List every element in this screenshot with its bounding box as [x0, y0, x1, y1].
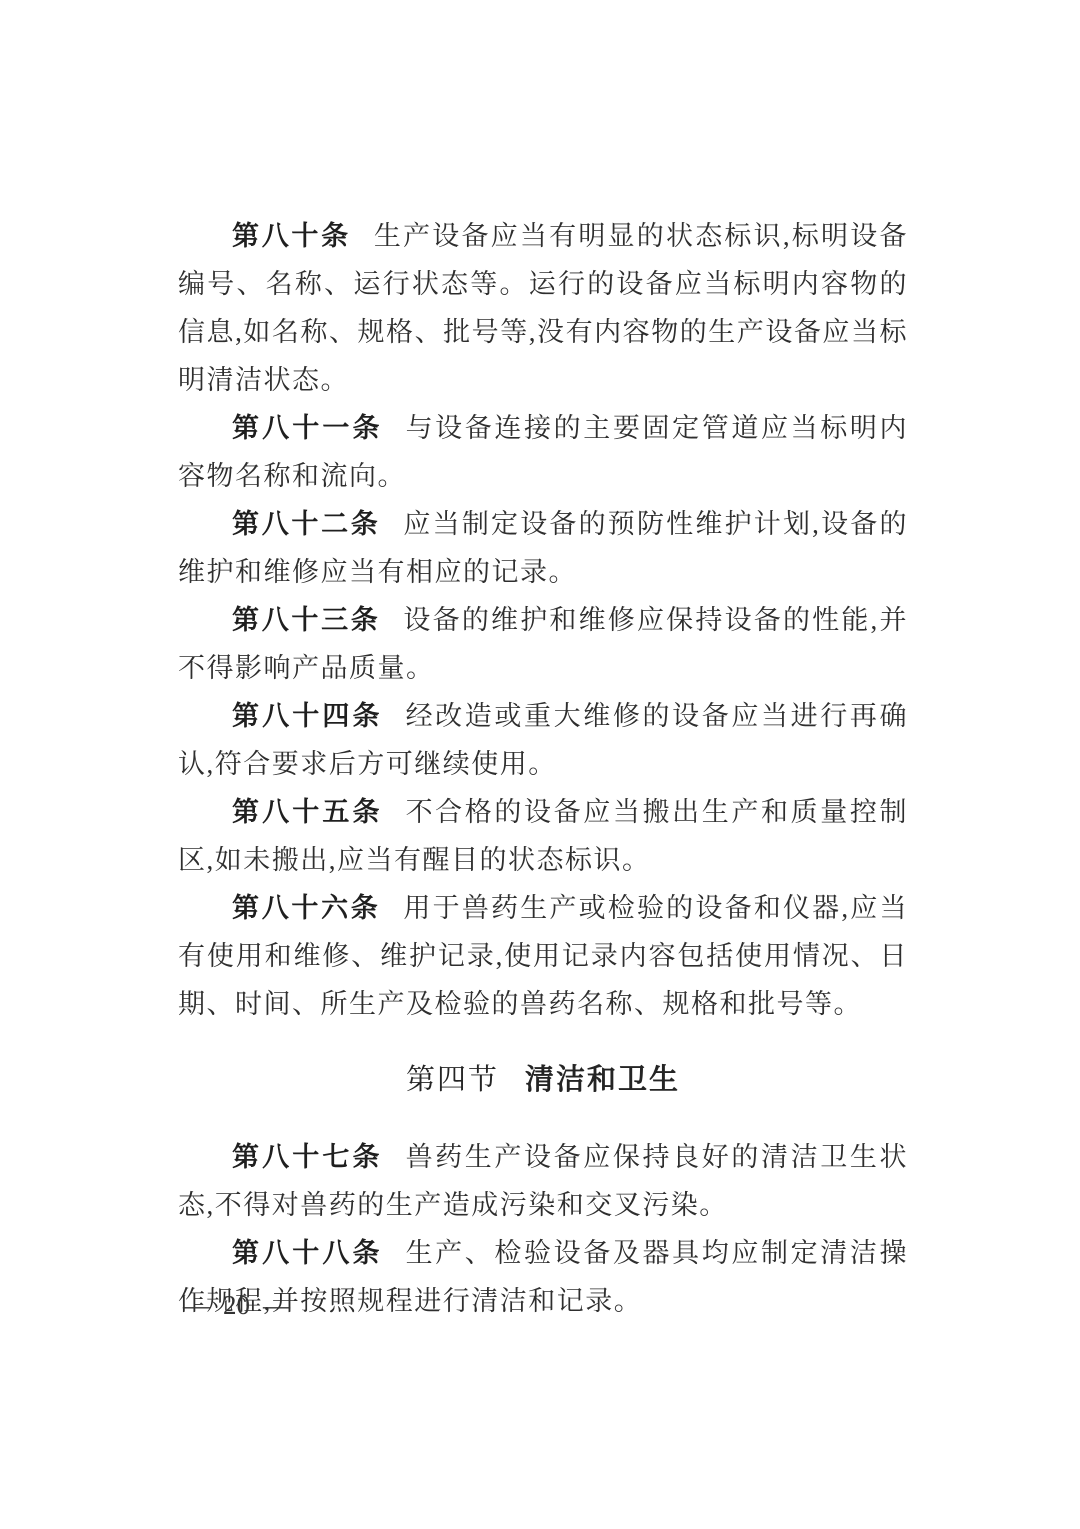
section-number: 第四节 [406, 1064, 499, 1096]
page-body: 第八十条生产设备应当有明显的状态标识,标明设备编号、名称、运行状态等。运行的设备… [178, 212, 908, 1325]
article-86: 第八十六条用于兽药生产或检验的设备和仪器,应当有使用和维修、维护记录,使用记录内… [178, 884, 908, 1028]
section-heading: 第四节清洁和卫生 [178, 1056, 908, 1104]
page-footer: —20— [183, 1288, 290, 1322]
article-80-label: 第八十条 [232, 221, 351, 251]
article-88-label: 第八十八条 [232, 1238, 383, 1268]
article-82-label: 第八十二条 [232, 509, 380, 539]
article-83: 第八十三条设备的维护和维修应保持设备的性能,并不得影响产品质量。 [178, 596, 908, 692]
page-number: 20 [223, 1290, 250, 1320]
article-82: 第八十二条应当制定设备的预防性维护计划,设备的维护和维修应当有相应的记录。 [178, 500, 908, 596]
article-81: 第八十一条与设备连接的主要固定管道应当标明内容物名称和流向。 [178, 404, 908, 500]
article-85-label: 第八十五条 [232, 797, 383, 827]
section-title: 清洁和卫生 [525, 1064, 680, 1096]
footer-right-dash: — [263, 1290, 290, 1320]
footer-left-dash: — [183, 1290, 210, 1320]
article-87-label: 第八十七条 [232, 1142, 383, 1172]
article-84: 第八十四条经改造或重大维修的设备应当进行再确认,符合要求后方可继续使用。 [178, 692, 908, 788]
article-81-label: 第八十一条 [232, 413, 383, 443]
article-80: 第八十条生产设备应当有明显的状态标识,标明设备编号、名称、运行状态等。运行的设备… [178, 212, 908, 404]
article-84-label: 第八十四条 [232, 701, 383, 731]
document-page: 第八十条生产设备应当有明显的状态标识,标明设备编号、名称、运行状态等。运行的设备… [0, 0, 1080, 1529]
article-85: 第八十五条不合格的设备应当搬出生产和质量控制区,如未搬出,应当有醒目的状态标识。 [178, 788, 908, 884]
article-87: 第八十七条兽药生产设备应保持良好的清洁卫生状态,不得对兽药的生产造成污染和交叉污… [178, 1133, 908, 1229]
article-86-label: 第八十六条 [232, 893, 380, 923]
article-83-label: 第八十三条 [232, 605, 380, 635]
